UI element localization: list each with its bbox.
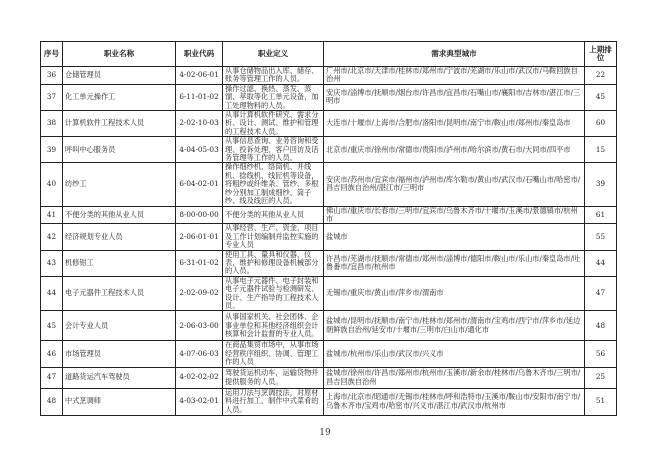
row-no: 40 [41, 163, 63, 206]
row-no: 45 [41, 311, 63, 341]
row-code: 6-31-01-02 [176, 250, 223, 276]
row-cities: 广州市/北京市/天津市/桂林市/郑州市/宁波市/芜湖市/乐山市/武汉市/马鞍回族… [324, 67, 585, 85]
row-cities: 安庆市/苏州市/宜宾市/福州市/泸州市/库尔勒市/黄山市/武汉市/石嘴山市/哈密… [324, 163, 585, 206]
row-no: 48 [41, 388, 63, 415]
row-prev-rank: 44 [585, 250, 617, 276]
row-cities: 无锡市/重庆市/黄山市/萍乡市/渭南市 [324, 276, 585, 311]
row-code: 2-06-01-01 [176, 224, 223, 250]
row-cities: 大连市/十堰市/上海市/合肥市/洛阳市/昆明市/南宁市/鞍山市/郑州市/秦皇岛市 [324, 111, 585, 137]
row-prev-rank: 39 [585, 163, 617, 206]
row-prev-rank: 60 [585, 111, 617, 137]
row-definition: 从事国家机关、社会团体、企事业单位和其他经济组织会计核算和会计监督的专业人员。 [223, 311, 324, 341]
header-prev-rank: 上期排位 [585, 42, 617, 67]
table-row: 36 仓储管理员 4-02-06-01 从事仓储物品出入库、储存、账务等管理工作… [41, 67, 617, 85]
row-name: 计算机软件工程技术人员 [63, 111, 176, 137]
row-cities: 上海市/北京市/昭通市/无锡市/桂林市/呼和浩特市/玉溪市/鞍山市/安阳市/南宁… [324, 388, 585, 415]
row-code: 4-02-06-01 [176, 67, 223, 85]
row-cities: 盐城市/徐州市/许昌市/郑州市/杭州市/玉溪市/新余市/桂林市/乌鲁木齐市/三明… [324, 367, 585, 388]
row-definition: 从事仓储物品出入库、储存、账务等管理工作的人员。 [223, 67, 324, 85]
row-name: 机修钳工 [63, 250, 176, 276]
row-code: 4-03-02-01 [176, 388, 223, 415]
row-name: 会计专业人员 [63, 311, 176, 341]
row-prev-rank: 56 [585, 341, 617, 367]
page-number: 19 [0, 428, 650, 438]
header-cities: 需求典型城市 [324, 42, 585, 67]
header-name: 职业名称 [63, 42, 176, 67]
row-cities: 盐城市 [324, 224, 585, 250]
row-name: 中式烹调师 [63, 388, 176, 415]
row-no: 43 [41, 250, 63, 276]
table-row: 47 道路货运汽车驾驶员 4-02-02-02 驾驶货运机动车，运输货物并提供服… [41, 367, 617, 388]
row-name: 仓储管理员 [63, 67, 176, 85]
row-prev-rank: 45 [585, 84, 617, 110]
row-no: 44 [41, 276, 63, 311]
row-code: 2-06-03-00 [176, 311, 223, 341]
table-row: 46 市场管理员 4-07-06-03 在商品集贸市场中，从事市场经营秩序组织、… [41, 341, 617, 367]
table-row: 38 计算机软件工程技术人员 2-02-10-03 从事计算机软件研究、需求分析… [41, 111, 617, 137]
table-row: 41 不便分类的其他从业人员 8-00-00-00 不便分类的其他从业人员 佛山… [41, 206, 617, 224]
header-code: 职业代码 [176, 42, 223, 67]
row-name: 道路货运汽车驾驶员 [63, 367, 176, 388]
row-cities: 盐城市/昆明市/抚顺市/南宁市/桂林市/郑州市/渭南市/宝鸡市/西宁市/萍乡市/… [324, 311, 585, 341]
row-definition: 操作细纱机、络筒机、并线机、捻线机、线匠机等设备，将粗纱或纤维条、管纱、多根纱分… [223, 163, 324, 206]
table-row: 44 电子元器件工程技术人员 2-02-09-02 从事电子元器件、电子封装和电… [41, 276, 617, 311]
row-definition: 驾驶货运机动车，运输货物并提供服务的人员。 [223, 367, 324, 388]
row-name: 呼叫中心服务员 [63, 137, 176, 163]
table-row: 45 会计专业人员 2-06-03-00 从事国家机关、社会团体、企事业单位和其… [41, 311, 617, 341]
row-code: 4-07-06-03 [176, 341, 223, 367]
row-prev-rank: 15 [585, 137, 617, 163]
row-no: 38 [41, 111, 63, 137]
row-name: 电子元器件工程技术人员 [63, 276, 176, 311]
row-name: 不便分类的其他从业人员 [63, 206, 176, 224]
row-cities: 佛山市/重庆市/长春市/三明市/宜宾市/乌鲁木齐市/十堰市/玉溪市/景德镇市/杭… [324, 206, 585, 224]
row-definition: 从事经营、生产、资金、项目及工作计划编制并监控实施的专业人员 [223, 224, 324, 250]
row-prev-rank: 47 [585, 276, 617, 311]
row-prev-rank: 25 [585, 367, 617, 388]
row-cities: 许昌市/芜湖市/抚顺市/常德市/郑州市/淄博市/德阳市/鞍山市/乐山市/秦皇岛市… [324, 250, 585, 276]
table-header-row: 序号 职业名称 职业代码 职业定义 需求典型城市 上期排位 [41, 42, 617, 67]
row-prev-rank: 22 [585, 67, 617, 85]
row-name: 市场管理员 [63, 341, 176, 367]
table-row: 37 化工单元操作工 6-11-01-02 操作过滤、换热、蒸发、蒸馏、萃取等化… [41, 84, 617, 110]
row-definition: 操作过滤、换热、蒸发、蒸馏、萃取等化工单元设备，加工处理物料的人员。 [223, 84, 324, 110]
table-row: 39 呼叫中心服务员 4-04-05-03 从事信息查询、业务咨询和受理、投诉处… [41, 137, 617, 163]
row-definition: 从事电子元器件、电子封装和电子元器件试验与检测研发、设计、生产指导的工程技术人员… [223, 276, 324, 311]
table-row: 40 纺纱工 6-04-02-01 操作细纱机、络筒机、并线机、捻线机、线匠机等… [41, 163, 617, 206]
row-definition: 运用刀法与烹调技法，对原材料进行加工，制作中式菜肴的人员。 [223, 388, 324, 415]
row-cities: 安庆市/淄博市/抚顺市/烟台市/许昌市/宜昌市/石嘴山市/襄阳市/吉林市/湛江市… [324, 84, 585, 110]
table-row: 48 中式烹调师 4-03-02-01 运用刀法与烹调技法，对原材料进行加工，制… [41, 388, 617, 415]
row-no: 46 [41, 341, 63, 367]
row-no: 36 [41, 67, 63, 85]
row-code: 4-04-05-03 [176, 137, 223, 163]
row-definition: 在商品集贸市场中，从事市场经营秩序组织、协调、管理工作的人员 [223, 341, 324, 367]
header-definition: 职业定义 [223, 42, 324, 67]
row-code: 4-02-02-02 [176, 367, 223, 388]
table-row: 43 机修钳工 6-31-01-02 使用工具、量具和仪器、仪表，维护和修理设备… [41, 250, 617, 276]
row-code: 6-04-02-01 [176, 163, 223, 206]
row-no: 39 [41, 137, 63, 163]
row-no: 41 [41, 206, 63, 224]
row-name: 纺纱工 [63, 163, 176, 206]
row-no: 42 [41, 224, 63, 250]
header-no: 序号 [41, 42, 63, 67]
row-prev-rank: 55 [585, 224, 617, 250]
occupation-demand-table: 序号 职业名称 职业代码 职业定义 需求典型城市 上期排位 36 仓储管理员 4… [40, 41, 617, 416]
row-code: 2-02-10-03 [176, 111, 223, 137]
row-prev-rank: 51 [585, 388, 617, 415]
row-definition: 不便分类的其他从业人员 [223, 206, 324, 224]
row-code: 2-02-09-02 [176, 276, 223, 311]
row-definition: 从事计算机软件研究、需求分析、设计、测试、维护和管理的工程技术人员。 [223, 111, 324, 137]
row-cities: 北京市/重庆市/徐州市/常德市/贵阳市/泸州市/哈尔滨市/黄石市/大同市/四平市 [324, 137, 585, 163]
row-no: 47 [41, 367, 63, 388]
row-name: 经济规划专业人员 [63, 224, 176, 250]
row-name: 化工单元操作工 [63, 84, 176, 110]
row-prev-rank: 48 [585, 311, 617, 341]
row-definition: 从事信息查询、业务咨询和受理、投诉处理、客户回访及话务管理等工作的人员。 [223, 137, 324, 163]
row-prev-rank: 61 [585, 206, 617, 224]
row-no: 37 [41, 84, 63, 110]
table-row: 42 经济规划专业人员 2-06-01-01 从事经营、生产、资金、项目及工作计… [41, 224, 617, 250]
row-cities: 盐城市/杭州市/乐山市/武汉市/兴义市 [324, 341, 585, 367]
row-definition: 使用工具、量具和仪器、仪表，维护和修理设备机械部分的人员。 [223, 250, 324, 276]
row-code: 6-11-01-02 [176, 84, 223, 110]
row-code: 8-00-00-00 [176, 206, 223, 224]
